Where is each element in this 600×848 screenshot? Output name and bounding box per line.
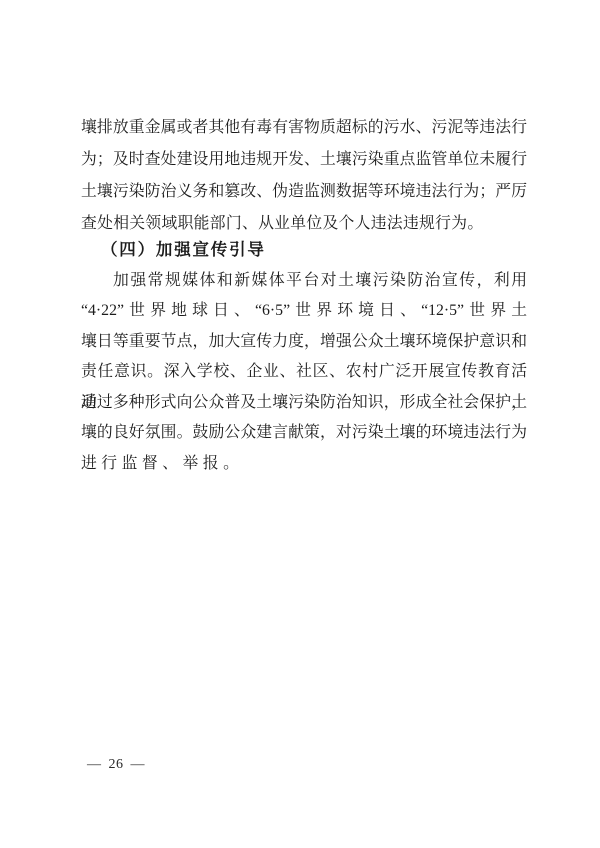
- text-line: 为；及时查处建设用地违规开发、土壤污染重点监管单位未履行: [81, 144, 527, 176]
- text-line: “4·22”世界地球日、“6·5”世界环境日、“12·5”世界土: [81, 296, 527, 327]
- text-line: 通过多种形式向公众普及土壤污染防治知识，形成全社会保护土: [81, 388, 527, 419]
- document-page: 壤排放重金属或者其他有毒有害物质超标的污水、污泥等违法行 为；及时查处建设用地违…: [0, 0, 600, 848]
- text-line: 责任意识。深入学校、企业、社区、农村广泛开展宣传教育活动，: [81, 357, 527, 388]
- text-line: 进行监督、举报。: [81, 449, 527, 480]
- body-paragraph-publicity: 加强常规媒体和新媒体平台对土壤污染防治宣传，利用 “4·22”世界地球日、“6·…: [81, 266, 527, 480]
- text-line: 土壤污染防治义务和篡改、伪造监测数据等环境违法行为；严厉: [81, 176, 527, 208]
- text-line: 壤排放重金属或者其他有毒有害物质超标的污水、污泥等违法行: [81, 112, 527, 144]
- text-line: 加强常规媒体和新媒体平台对土壤污染防治宣传，利用: [81, 266, 527, 297]
- text-line: 壤日等重要节点，加大宣传力度，增强公众土壤环境保护意识和: [81, 327, 527, 358]
- body-paragraph-continuation: 壤排放重金属或者其他有毒有害物质超标的污水、污泥等违法行 为；及时查处建设用地违…: [81, 112, 527, 240]
- text-block: 壤排放重金属或者其他有毒有害物质超标的污水、污泥等违法行 为；及时查处建设用地违…: [81, 112, 527, 479]
- page-number: — 26 —: [87, 755, 145, 775]
- text-line: 壤的良好氛围。鼓励公众建言献策，对污染土壤的环境违法行为: [81, 418, 527, 449]
